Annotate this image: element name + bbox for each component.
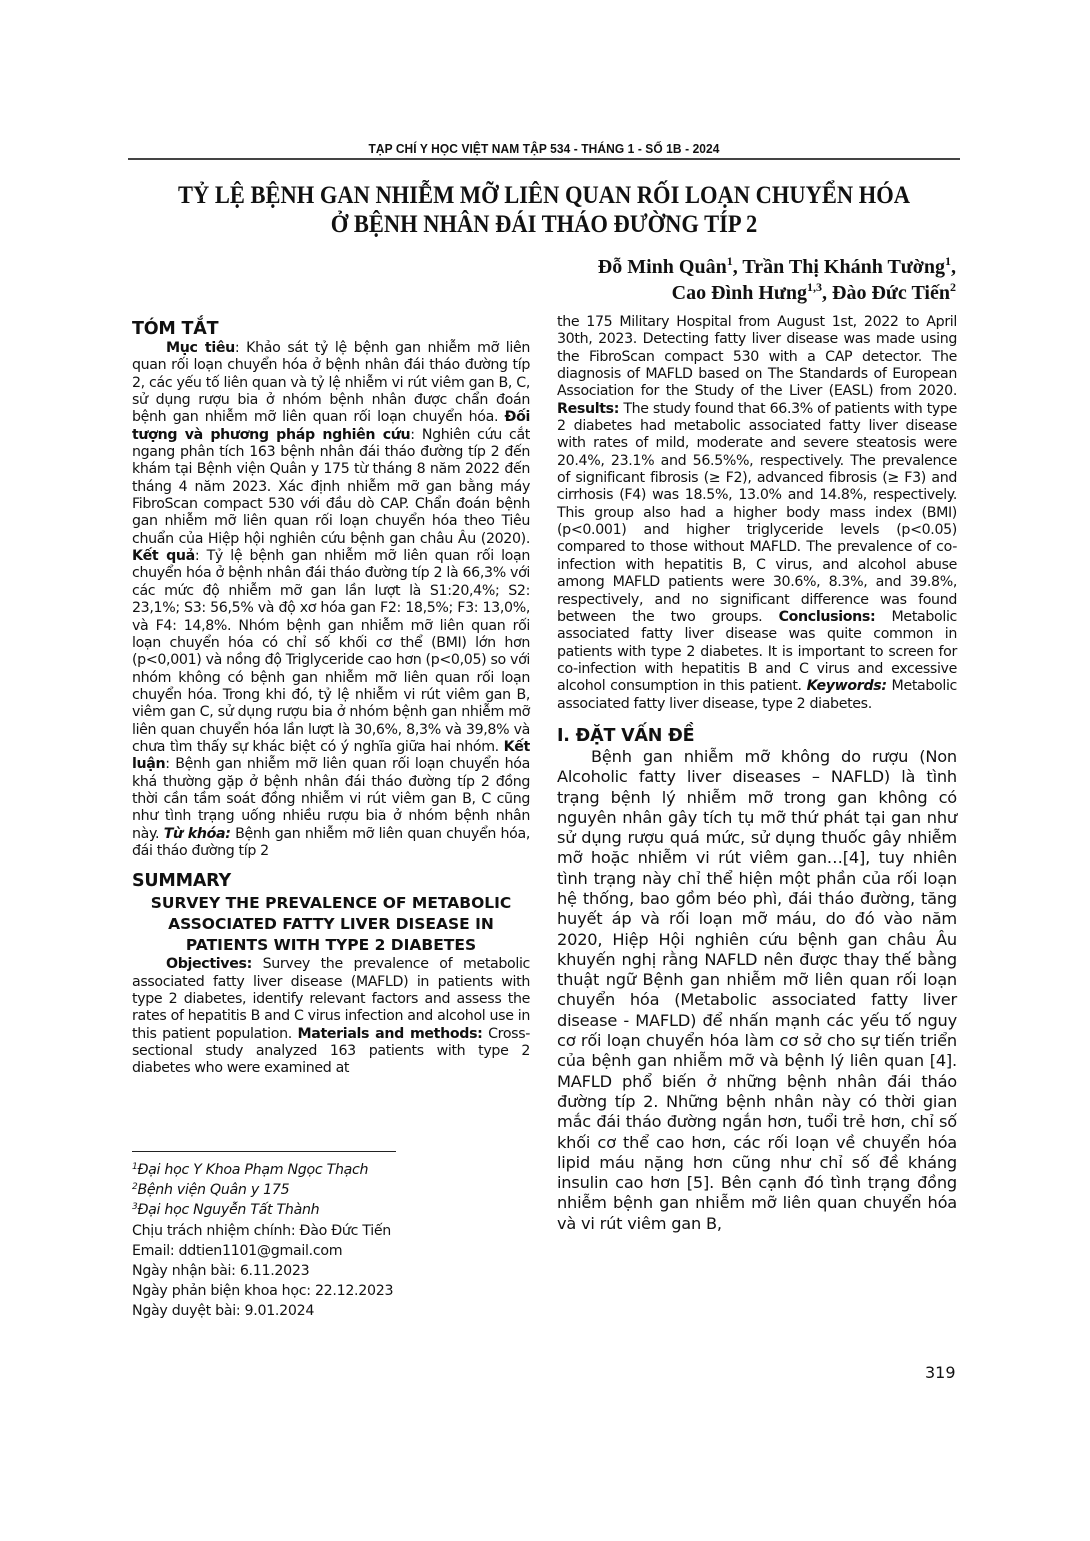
author-affiliation: 2 [950,280,956,294]
author-list: Đỗ Minh Quân1, Trần Thị Khánh Tường1, Ca… [598,254,956,306]
conclusions-label-en: Conclusions: [779,609,876,625]
header-divider [128,158,960,160]
title-line-1: TỶ LỆ BỆNH GAN NHIỄM MỠ LIÊN QUAN RỐI LO… [170,181,919,210]
author-name: Cao Đình Hưng [672,282,807,304]
results-text: : Tỷ lệ bệnh gan nhiễm mỡ liên quan rối … [132,548,530,755]
author-separator: , [951,256,956,278]
methods-text: : Nghiên cứu cắt ngang phân tích 163 bện… [132,427,530,547]
summary-title: SURVEY THE PREVALENCE OF METABOLIC ASSOC… [132,893,530,956]
affiliation-text: Bệnh viện Quân y 175 [137,1182,289,1198]
author-separator: , [733,256,743,278]
keywords-label: Từ khóa: [164,826,231,842]
affiliation-1: 1Đại học Y Khoa Phạm Ngọc Thạch [132,1160,532,1180]
email-link[interactable]: Email: ddtien1101@gmail.com [132,1241,532,1261]
keywords-label-en: Keywords: [807,678,887,694]
introduction-heading: I. ĐẶT VẤN ĐỀ [557,725,957,747]
reviewed-date: Ngày phản biện khoa học: 22.12.2023 [132,1281,532,1301]
methods-continued-text: the 175 Military Hospital from August 1s… [557,314,957,399]
left-column: TÓM TẮT Mục tiêu: Khảo sát tỷ lệ bệnh ga… [132,318,530,1078]
author-separator: , [822,282,832,304]
objectives-label: Objectives: [166,956,252,972]
received-date: Ngày nhận bài: 6.11.2023 [132,1261,532,1281]
author-name: Đỗ Minh Quân [598,256,727,278]
affiliation-text: Đại học Nguyễn Tất Thành [137,1202,319,1218]
affiliation-text: Đại học Y Khoa Phạm Ngọc Thạch [137,1162,368,1178]
results-label-en: Results: [557,401,619,417]
objective-label: Mục tiêu [166,340,235,356]
introduction-text: Bệnh gan nhiễm mỡ không do rượu (Non Alc… [557,747,957,1234]
abstract-vi-heading: TÓM TẮT [132,318,530,340]
author-line-2: Cao Đình Hưng1,3, Đào Đức Tiến2 [598,280,956,306]
affiliation-2: 2Bệnh viện Quân y 175 [132,1180,532,1200]
abstract-en-body-left: Objectives: Survey the prevalence of met… [132,956,530,1077]
abstract-vi-body: Mục tiêu: Khảo sát tỷ lệ bệnh gan nhiễm … [132,340,530,860]
author-line-1: Đỗ Minh Quân1, Trần Thị Khánh Tường1, [598,254,956,280]
author-name: Trần Thị Khánh Tường [742,256,945,278]
corresponding-author: Chịu trách nhiệm chính: Đào Đức Tiến [132,1221,532,1241]
abstract-en-body-right: the 175 Military Hospital from August 1s… [557,314,957,713]
footnote-divider [132,1151,396,1152]
materials-methods-label: Materials and methods: [297,1026,482,1042]
results-label: Kết quả [132,548,195,564]
right-column: the 175 Military Hospital from August 1s… [557,314,957,1234]
author-affiliation: 1,3 [807,280,822,294]
journal-header: TẠP CHÍ Y HỌC VIỆT NAM TẬP 534 - THÁNG 1… [161,141,926,156]
article-title: TỶ LỆ BỆNH GAN NHIỄM MỠ LIÊN QUAN RỐI LO… [170,181,919,239]
title-line-2: Ở BỆNH NHÂN ĐÁI THÁO ĐƯỜNG TÍP 2 [170,210,919,239]
affiliation-3: 3Đại học Nguyễn Tất Thành [132,1200,532,1220]
footnotes: 1Đại học Y Khoa Phạm Ngọc Thạch 2Bệnh vi… [132,1160,532,1322]
summary-heading: SUMMARY [132,870,530,892]
author-name: Đào Đức Tiến [832,282,950,304]
page-number: 319 [925,1363,956,1382]
results-text-en: The study found that 66.3% of patients w… [557,401,957,625]
accepted-date: Ngày duyệt bài: 9.01.2024 [132,1301,532,1321]
